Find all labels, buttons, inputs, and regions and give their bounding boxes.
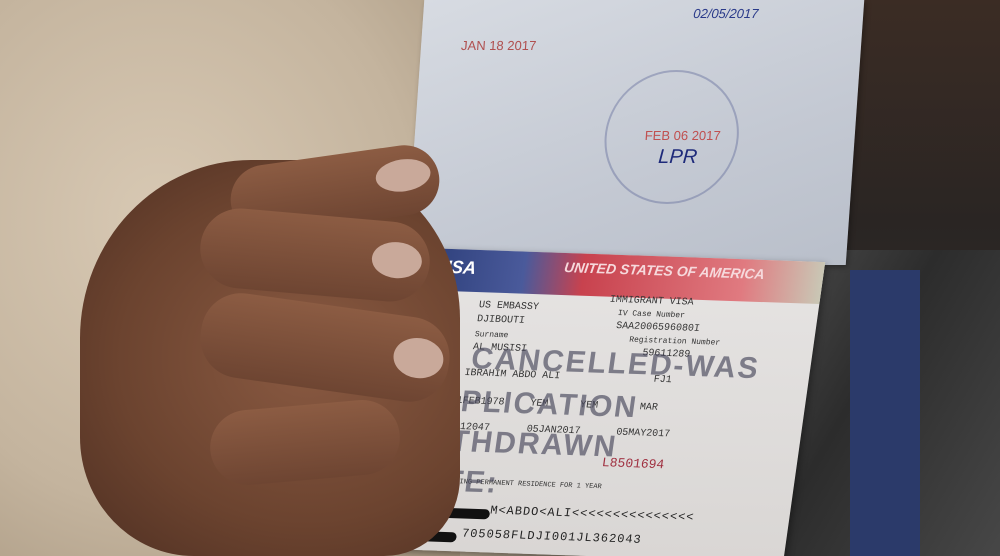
marital-status: MAR	[639, 402, 658, 414]
entry-stamp-date: JAN 18 2017	[461, 38, 537, 53]
issuing-post: US EMBASSY	[478, 300, 539, 313]
surname-label: Surname	[474, 330, 509, 340]
photo-scene: JAN 18 2017 02/05/2017 FEB 06 2017 LPR V…	[0, 0, 1000, 556]
registration-label: Registration Number	[629, 336, 721, 348]
circular-stamp	[600, 70, 743, 204]
visa-type: IMMIGRANT VISA	[609, 295, 694, 309]
passport-upper-page: JAN 18 2017 02/05/2017 FEB 06 2017 LPR	[406, 0, 865, 265]
expiry-date: 05MAY2017	[615, 428, 670, 441]
fingernail	[374, 156, 433, 195]
case-number: SAA2006596080I	[615, 321, 700, 335]
visa-country: UNITED STATES OF AMERICA	[563, 259, 766, 282]
fingernail	[391, 335, 446, 382]
issuing-city: DJIBOUTI	[476, 314, 525, 327]
fingernail	[370, 240, 423, 280]
mrz-line-1: M<ABDO<ALI<<<<<<<<<<<<<<<	[489, 503, 695, 524]
shirt	[850, 270, 920, 556]
handwritten-date: 02/05/2017	[693, 6, 759, 21]
mrz-line-2: 705058FLDJI001JL362043	[461, 527, 643, 547]
case-number-label: IV Case Number	[617, 309, 685, 320]
